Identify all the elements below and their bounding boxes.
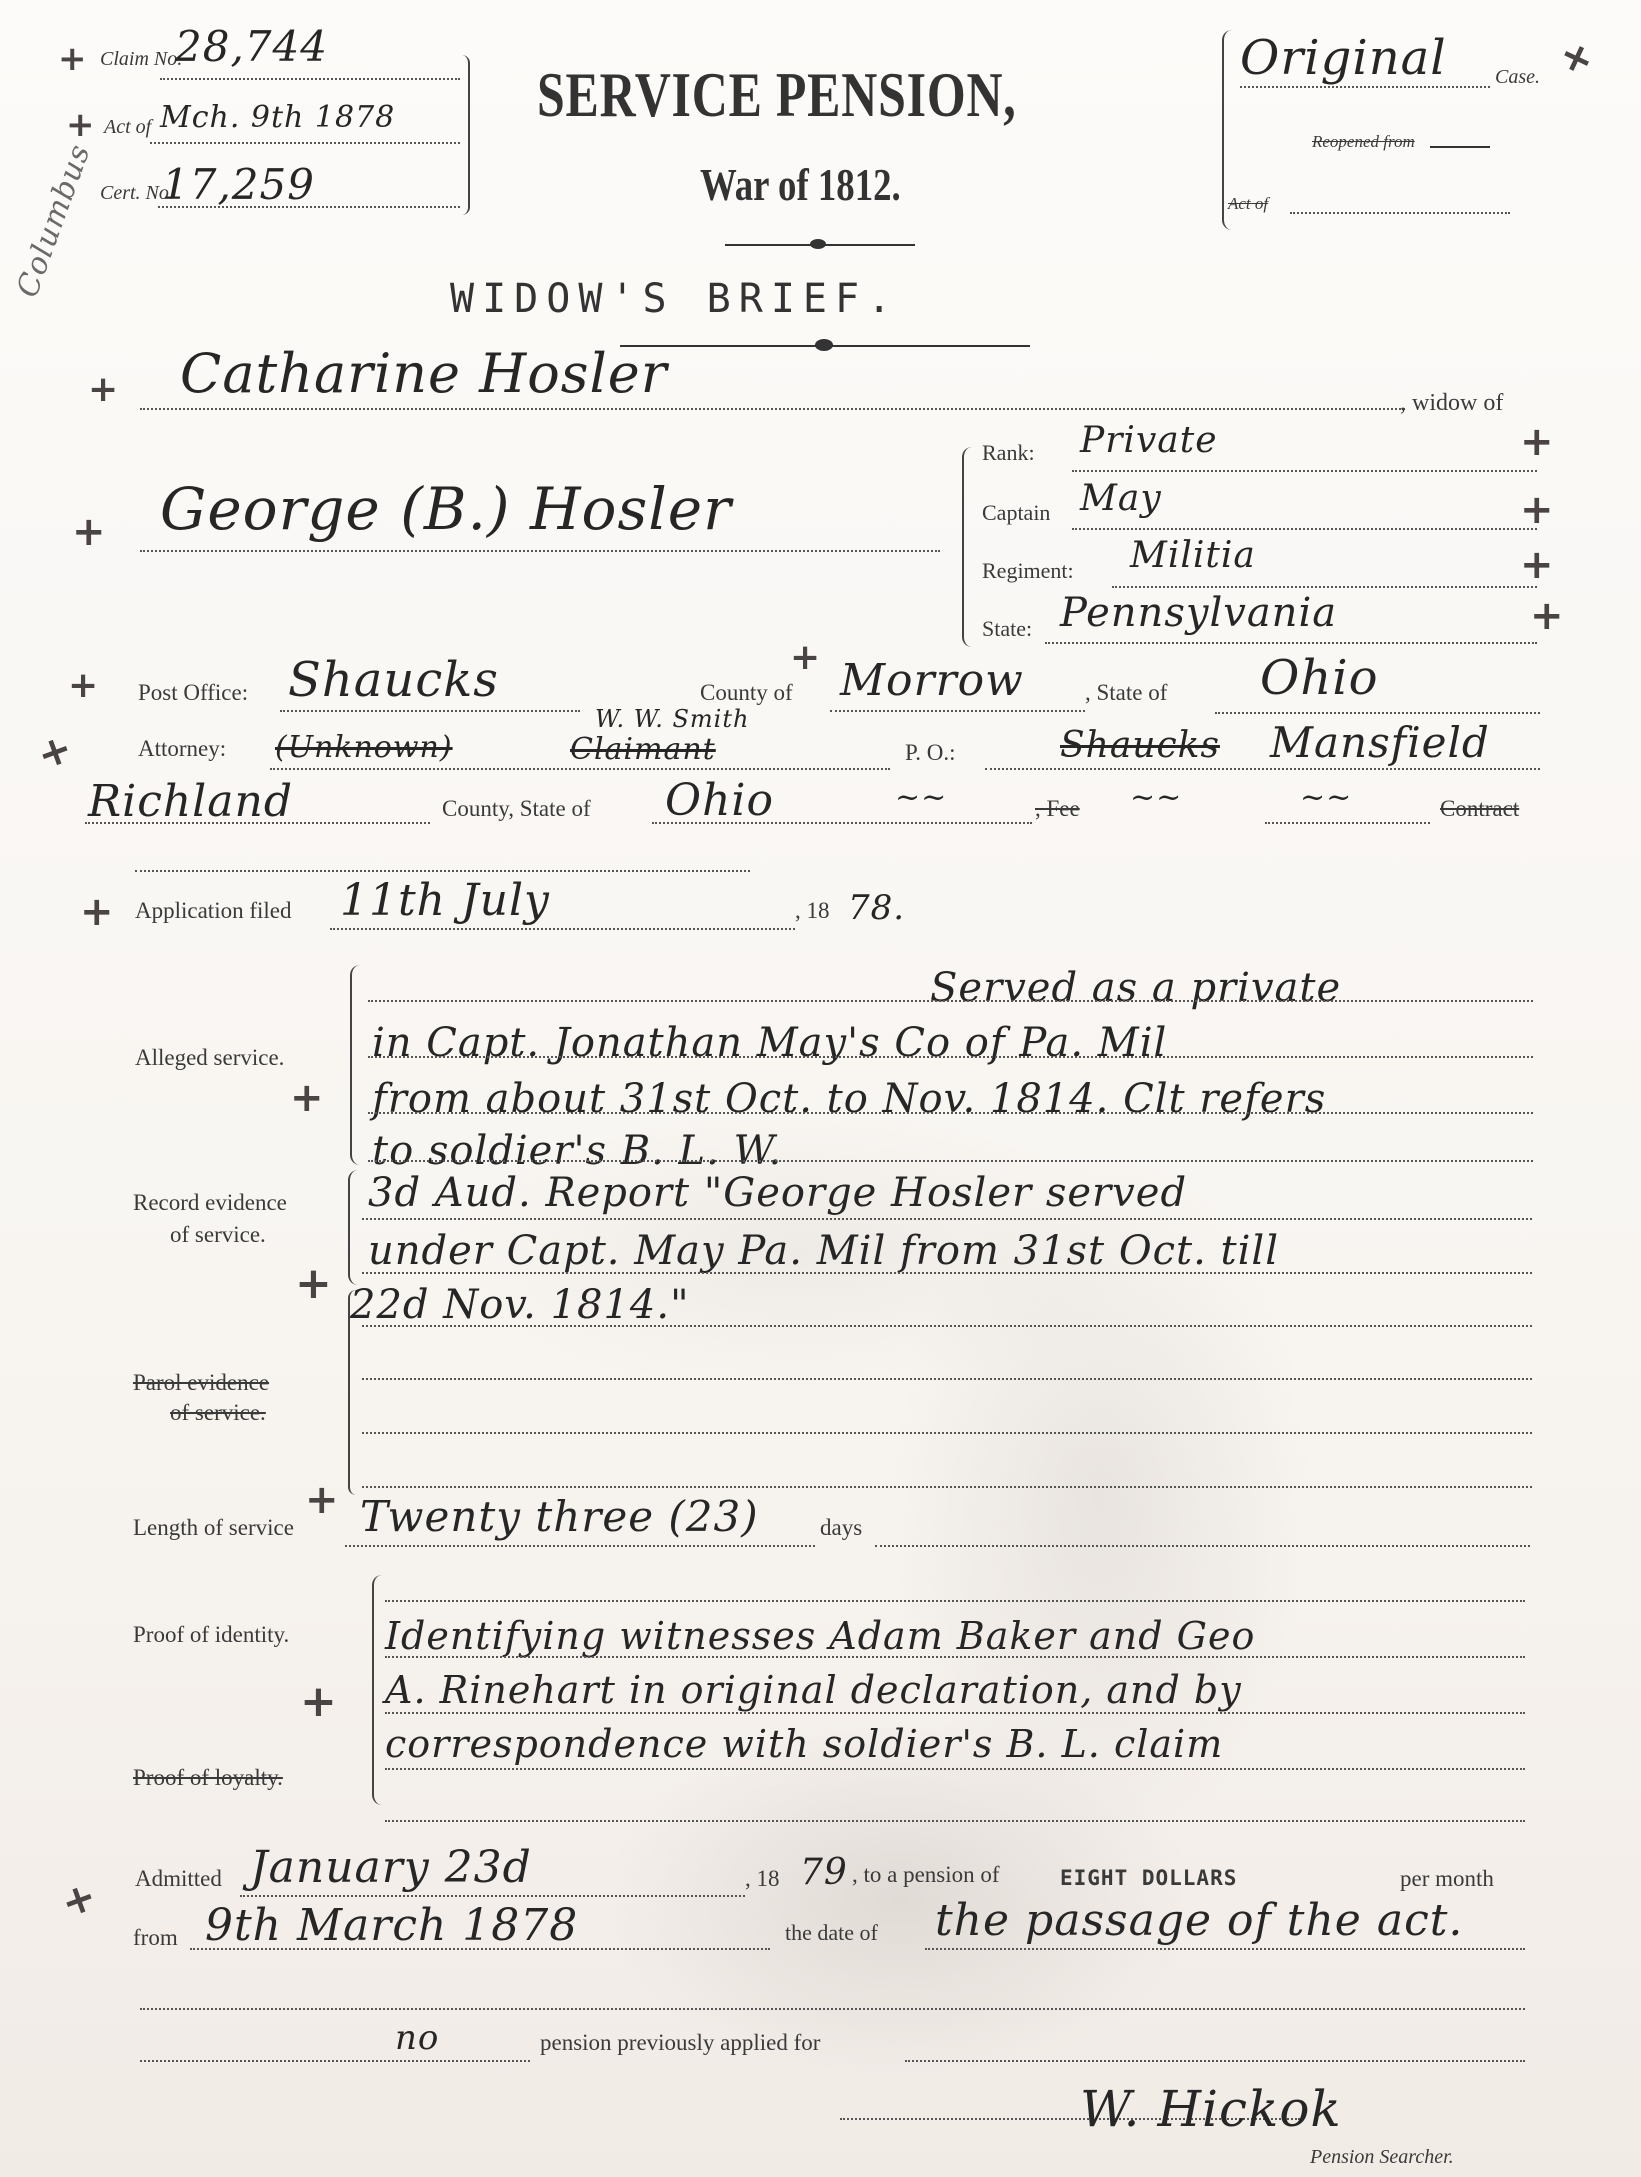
parol-evidence-label: Parol evidence xyxy=(133,1370,269,1396)
record-evidence-line: 3d Aud. Report "George Hosler served xyxy=(368,1170,1187,1216)
claim-number: 28,744 xyxy=(175,22,328,71)
length-of-service-label: Length of service xyxy=(133,1515,294,1541)
check-mark-icon: + xyxy=(88,372,118,408)
length-of-service-value: Twenty three (23) xyxy=(360,1492,759,1541)
act-of-right-label: Act of xyxy=(1228,194,1268,214)
widow-name: Catharine Hosler xyxy=(180,342,668,405)
alleged-service-line: Served as a private xyxy=(930,965,1341,1011)
check-mark-icon: + xyxy=(1553,33,1600,83)
alleged-service-line: from about 31st Oct. to Nov. 1814. Clt r… xyxy=(372,1076,1326,1122)
post-office-value: Shaucks xyxy=(288,652,499,708)
record-evidence-line: under Capt. May Pa. Mil from 31st Oct. t… xyxy=(368,1228,1279,1274)
cert-number: 17,259 xyxy=(162,160,315,209)
reopened-from-label: Reopened from xyxy=(1312,132,1415,152)
rank-value: Private xyxy=(1080,420,1218,461)
parol-evidence-label: of service. xyxy=(170,1400,266,1426)
attorney-state: Ohio xyxy=(665,775,774,826)
ornament-divider xyxy=(810,239,826,249)
contract-label: Contract xyxy=(1440,796,1519,822)
check-mark-icon: + xyxy=(300,1680,337,1724)
pension-of-label: , to a pension of xyxy=(852,1862,1000,1888)
previous-value: no xyxy=(395,2018,439,2058)
blank-mark: ~~ xyxy=(1130,780,1182,815)
check-mark-icon: + xyxy=(72,512,106,552)
po-value: Mansfield xyxy=(1270,718,1490,767)
application-year-prefix: , 18 xyxy=(795,898,830,924)
alleged-service-line: to soldier's B. L. W. xyxy=(372,1128,782,1174)
proof-identity-line: Identifying witnesses Adam Baker and Geo xyxy=(385,1614,1255,1658)
check-mark-icon: + xyxy=(66,108,95,142)
pension-amount: EIGHT DOLLARS xyxy=(1060,1866,1237,1890)
title-service-pension: SERVICE PENSION, xyxy=(537,58,1017,132)
admitted-date: January 23d xyxy=(250,1842,532,1893)
check-mark-icon: + xyxy=(32,727,77,776)
attorney-struck-claimant: Claimant xyxy=(570,732,716,767)
alleged-service-label: Alleged service. xyxy=(135,1045,284,1071)
pension-brief-document: + Claim No. 28,744 + Act of Mch. 9th 187… xyxy=(0,0,1641,2177)
from-label: from xyxy=(133,1925,178,1951)
proof-loyalty-label: Proof of loyalty. xyxy=(133,1765,283,1791)
margin-note: Columbus xyxy=(10,139,98,302)
proof-identity-label: Proof of identity. xyxy=(133,1622,289,1648)
captain-label: Captain xyxy=(982,500,1050,526)
rank-label: Rank: xyxy=(982,440,1035,466)
post-office-label: Post Office: xyxy=(138,680,248,706)
check-mark-icon: + xyxy=(1520,545,1554,585)
date-of-label: the date of xyxy=(785,1920,878,1946)
case-label: Case. xyxy=(1495,66,1540,89)
atty-county-label: County, State of xyxy=(442,796,591,822)
signature-title: Pension Searcher. xyxy=(1310,2146,1454,2169)
attorney-label: Attorney: xyxy=(138,736,226,762)
admitted-year: 79 xyxy=(800,1852,848,1893)
blank-mark: ~~ xyxy=(1300,780,1352,815)
regiment-value: Militia xyxy=(1130,535,1256,576)
application-year: 78. xyxy=(848,888,905,928)
record-evidence-line: 22d Nov. 1814." xyxy=(350,1282,690,1328)
county-label: County of xyxy=(700,680,793,706)
husband-name: George (B.) Hosler xyxy=(160,475,732,543)
check-mark-icon: + xyxy=(1520,422,1554,462)
alleged-service-line: in Capt. Jonathan May's Co of Pa. Mil xyxy=(372,1020,1167,1066)
check-mark-icon: + xyxy=(58,42,87,76)
check-mark-icon: + xyxy=(295,1262,332,1306)
check-mark-icon: + xyxy=(305,1480,339,1520)
county-value: Morrow xyxy=(840,655,1024,706)
regiment-label: Regiment: xyxy=(982,558,1074,584)
record-evidence-label: Record evidence xyxy=(133,1190,287,1216)
captain-value: May xyxy=(1080,478,1162,519)
previous-label: pension previously applied for xyxy=(540,2030,820,2056)
blank-mark: ~~ xyxy=(895,780,947,815)
from-date: 9th March 1878 xyxy=(205,1900,578,1951)
po-struck: Shaucks xyxy=(1060,725,1220,766)
state-value: Pennsylvania xyxy=(1060,590,1337,636)
po-label: P. O.: xyxy=(905,740,956,766)
signature: W. Hickok xyxy=(1080,2080,1342,2138)
check-mark-icon: + xyxy=(68,668,98,704)
title-widows-brief: WIDOW'S BRIEF. xyxy=(450,276,899,322)
admitted-year-prefix: , 18 xyxy=(745,1866,780,1892)
proof-identity-line: correspondence with soldier's B. L. clai… xyxy=(385,1722,1223,1766)
proof-identity-line: A. Rinehart in original declaration, and… xyxy=(385,1668,1242,1712)
state-of-value: Ohio xyxy=(1260,650,1379,706)
attorney-county: Richland xyxy=(88,776,293,827)
attorney-struck: (Unknown) xyxy=(275,730,453,765)
state-of-label: , State of xyxy=(1085,680,1167,706)
application-date: 11th July xyxy=(340,875,550,926)
application-filed-label: Application filed xyxy=(135,898,292,924)
attorney-value: W. W. Smith xyxy=(595,705,749,733)
ornament-divider xyxy=(815,339,833,351)
widow-of-label: , widow of xyxy=(1400,390,1503,417)
check-mark-icon: + xyxy=(80,892,114,932)
state-label: State: xyxy=(982,616,1032,642)
admitted-label: Admitted xyxy=(135,1866,222,1892)
title-war-of-1812: War of 1812. xyxy=(700,158,901,211)
act-label: Act of xyxy=(104,116,151,139)
act-value: Mch. 9th 1878 xyxy=(160,100,395,135)
check-mark-icon: + xyxy=(1520,490,1554,530)
check-mark-icon: + xyxy=(790,640,820,676)
check-mark-icon: + xyxy=(290,1078,324,1118)
claim-label: Claim No. xyxy=(100,48,182,71)
check-mark-icon: + xyxy=(56,1875,101,1924)
record-evidence-label: of service. xyxy=(170,1222,266,1248)
fee-label: , Fee xyxy=(1035,796,1080,822)
case-value: Original xyxy=(1240,30,1447,86)
length-unit: days xyxy=(820,1515,862,1541)
check-mark-icon: + xyxy=(1530,596,1564,636)
date-of-value: the passage of the act. xyxy=(935,1895,1463,1946)
per-month-label: per month xyxy=(1400,1866,1494,1892)
